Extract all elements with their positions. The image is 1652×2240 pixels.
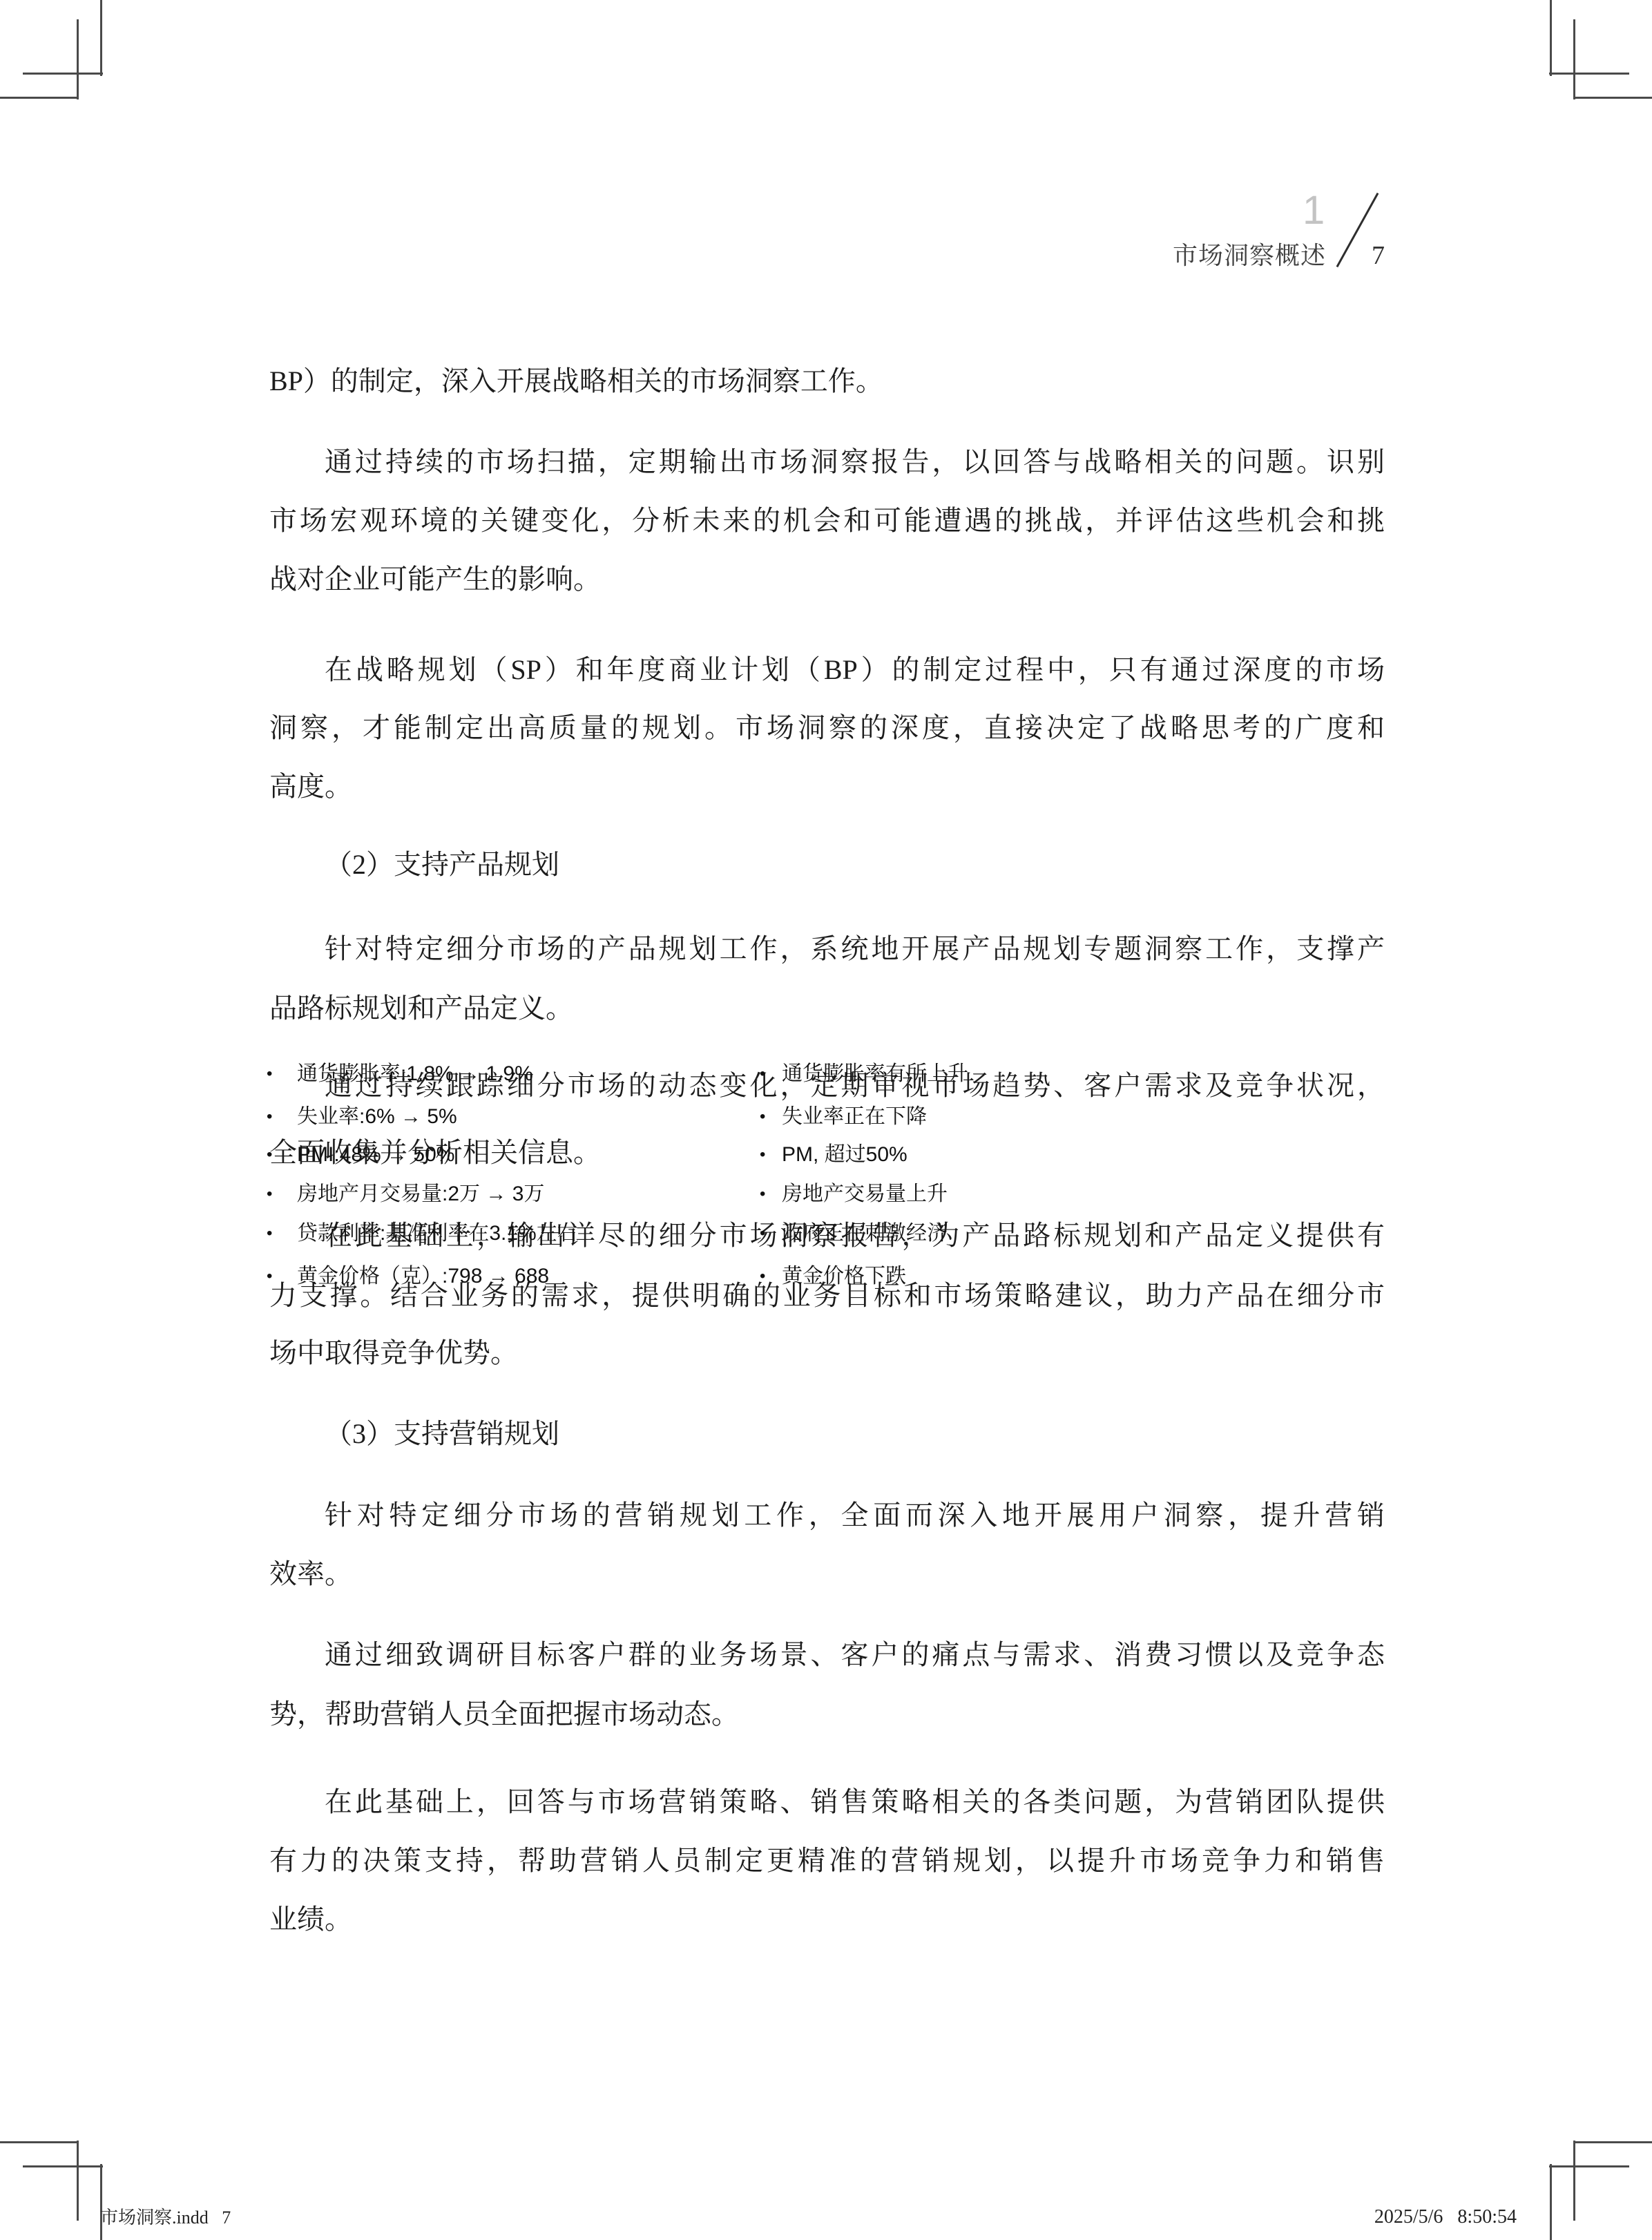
bullet-icon: • <box>267 1105 297 1129</box>
list-item-label: 房地产月交易量:2万 → 3万 <box>297 1183 544 1206</box>
crop-mark <box>23 2165 103 2167</box>
body-line: 通过持续的市场扫描，定期输出市场洞察报告，以回答与战略相关的问题。识别 <box>269 446 1385 479</box>
bullet-icon: • <box>267 1062 297 1086</box>
crop-mark <box>0 2141 79 2143</box>
list-item-label: 政府正在刺激经济 <box>782 1222 948 1245</box>
list-item-label: PM, 超过50% <box>782 1143 907 1167</box>
list-item-label: 贷款利率:基准利率在3.1%左右 <box>297 1222 578 1245</box>
list-item: • PM, 超过50% <box>760 1143 907 1167</box>
chapter-number: 1 <box>1303 191 1325 231</box>
footer-timestamp: 2025/5/6 8:50:54 <box>1374 2206 1517 2228</box>
body-line: 有力的决策支持，帮助营销人员制定更精准的营销规划，以提升市场竞争力和销售 <box>269 1844 1385 1877</box>
body-line: 业绩。 <box>269 1903 352 1936</box>
body-line: BP）的制定，深入开展战略相关的市场洞察工作。 <box>269 365 883 398</box>
list-item-label: 失业率:6% → 5% <box>297 1105 457 1129</box>
list-item-label: 通货膨胀率:1.8% → 1.9% <box>297 1062 533 1086</box>
body-line: 在此基础上，回答与市场营销策略、销售策略相关的各类问题，为营销团队提供 <box>269 1786 1385 1819</box>
crop-mark <box>1573 2141 1652 2143</box>
crop-mark <box>100 0 102 76</box>
list-item: • 黄金价格（克）:798 → 688 <box>267 1265 549 1288</box>
bullet-icon: • <box>267 1143 297 1167</box>
bullet-icon: • <box>267 1183 297 1206</box>
footer-filename: 市场洞察.indd 7 <box>100 2208 231 2228</box>
section-heading: （2）支持产品规划 <box>325 848 559 881</box>
list-item-label: 黄金价格（克）:798 → 688 <box>297 1265 549 1288</box>
crop-mark <box>100 2164 102 2240</box>
bullet-icon: • <box>760 1183 782 1206</box>
crop-mark <box>1573 19 1575 99</box>
body-line: 场中取得竞争优势。 <box>269 1337 518 1370</box>
crop-mark <box>23 73 103 75</box>
crop-mark <box>1549 73 1629 75</box>
body-line: 在战略规划（SP）和年度商业计划（BP）的制定过程中，只有通过深度的市场 <box>269 653 1385 687</box>
body-line: 针对特定细分市场的营销规划工作，全面而深入地开展用户洞察，提升营销 <box>269 1499 1385 1532</box>
page-number: 7 <box>1372 242 1385 269</box>
body-line: 高度。 <box>269 770 352 803</box>
body-line: 通过细致调研目标客户群的业务场景、客户的痛点与需求、消费习惯以及竞争态 <box>269 1638 1385 1672</box>
document-page: 1 市场洞察概述 7 BP）的制定，深入开展战略相关的市场洞察工作。 通过持续的… <box>0 0 1652 2240</box>
crop-mark <box>1573 97 1652 99</box>
list-item: • 黄金价格下跌 <box>760 1265 906 1288</box>
crop-mark <box>1549 2165 1629 2167</box>
list-item-label: 通货膨胀率有所上升 <box>782 1062 968 1086</box>
bullet-icon: • <box>267 1265 297 1288</box>
list-item: • 失业率正在下降 <box>760 1105 927 1129</box>
crop-mark <box>77 19 79 99</box>
list-item: • 房地产月交易量:2万 → 3万 <box>267 1183 544 1206</box>
bullet-icon: • <box>760 1265 782 1288</box>
body-line: 洞察，才能制定出高质量的规划。市场洞察的深度，直接决定了战略思考的广度和 <box>269 711 1385 745</box>
body-line: 战对企业可能产生的影响。 <box>269 563 601 596</box>
list-item: • 通货膨胀率:1.8% → 1.9% <box>267 1062 533 1086</box>
crop-mark <box>1550 2164 1552 2240</box>
chapter-title: 市场洞察概述 <box>1173 242 1326 269</box>
bullet-icon: • <box>760 1143 782 1167</box>
bullet-icon: • <box>760 1105 782 1129</box>
body-line: 效率。 <box>269 1558 352 1591</box>
bullet-icon: • <box>760 1222 782 1245</box>
crop-mark <box>1550 0 1552 76</box>
list-item-label: 黄金价格下跌 <box>782 1265 906 1288</box>
bullet-icon: • <box>267 1222 297 1245</box>
section-heading: （3）支持营销规划 <box>325 1417 559 1451</box>
body-line: 品路标规划和产品定义。 <box>269 992 573 1025</box>
list-item-label: PMI:48% → 50% <box>297 1143 454 1167</box>
body-line: 针对特定细分市场的产品规划工作，系统地开展产品规划专题洞察工作，支撑产 <box>269 932 1385 966</box>
crop-mark <box>77 2141 79 2221</box>
list-item: • 通货膨胀率有所上升 <box>760 1062 968 1086</box>
list-item: • 政府正在刺激经济 <box>760 1222 948 1245</box>
list-item: • 房地产交易量上升 <box>760 1183 948 1206</box>
body-line: 市场宏观环境的关键变化，分析未来的机会和可能遭遇的挑战，并评估这些机会和挑 <box>269 504 1385 537</box>
list-item-label: 房地产交易量上升 <box>782 1183 948 1206</box>
list-item-label: 失业率正在下降 <box>782 1105 927 1129</box>
bullet-icon: • <box>760 1062 782 1086</box>
list-item: • 贷款利率:基准利率在3.1%左右 <box>267 1222 578 1245</box>
list-item: • PMI:48% → 50% <box>267 1143 454 1167</box>
crop-mark <box>0 97 79 99</box>
list-item: • 失业率:6% → 5% <box>267 1105 457 1129</box>
crop-mark <box>1573 2141 1575 2221</box>
body-line: 势，帮助营销人员全面把握市场动态。 <box>269 1698 739 1731</box>
